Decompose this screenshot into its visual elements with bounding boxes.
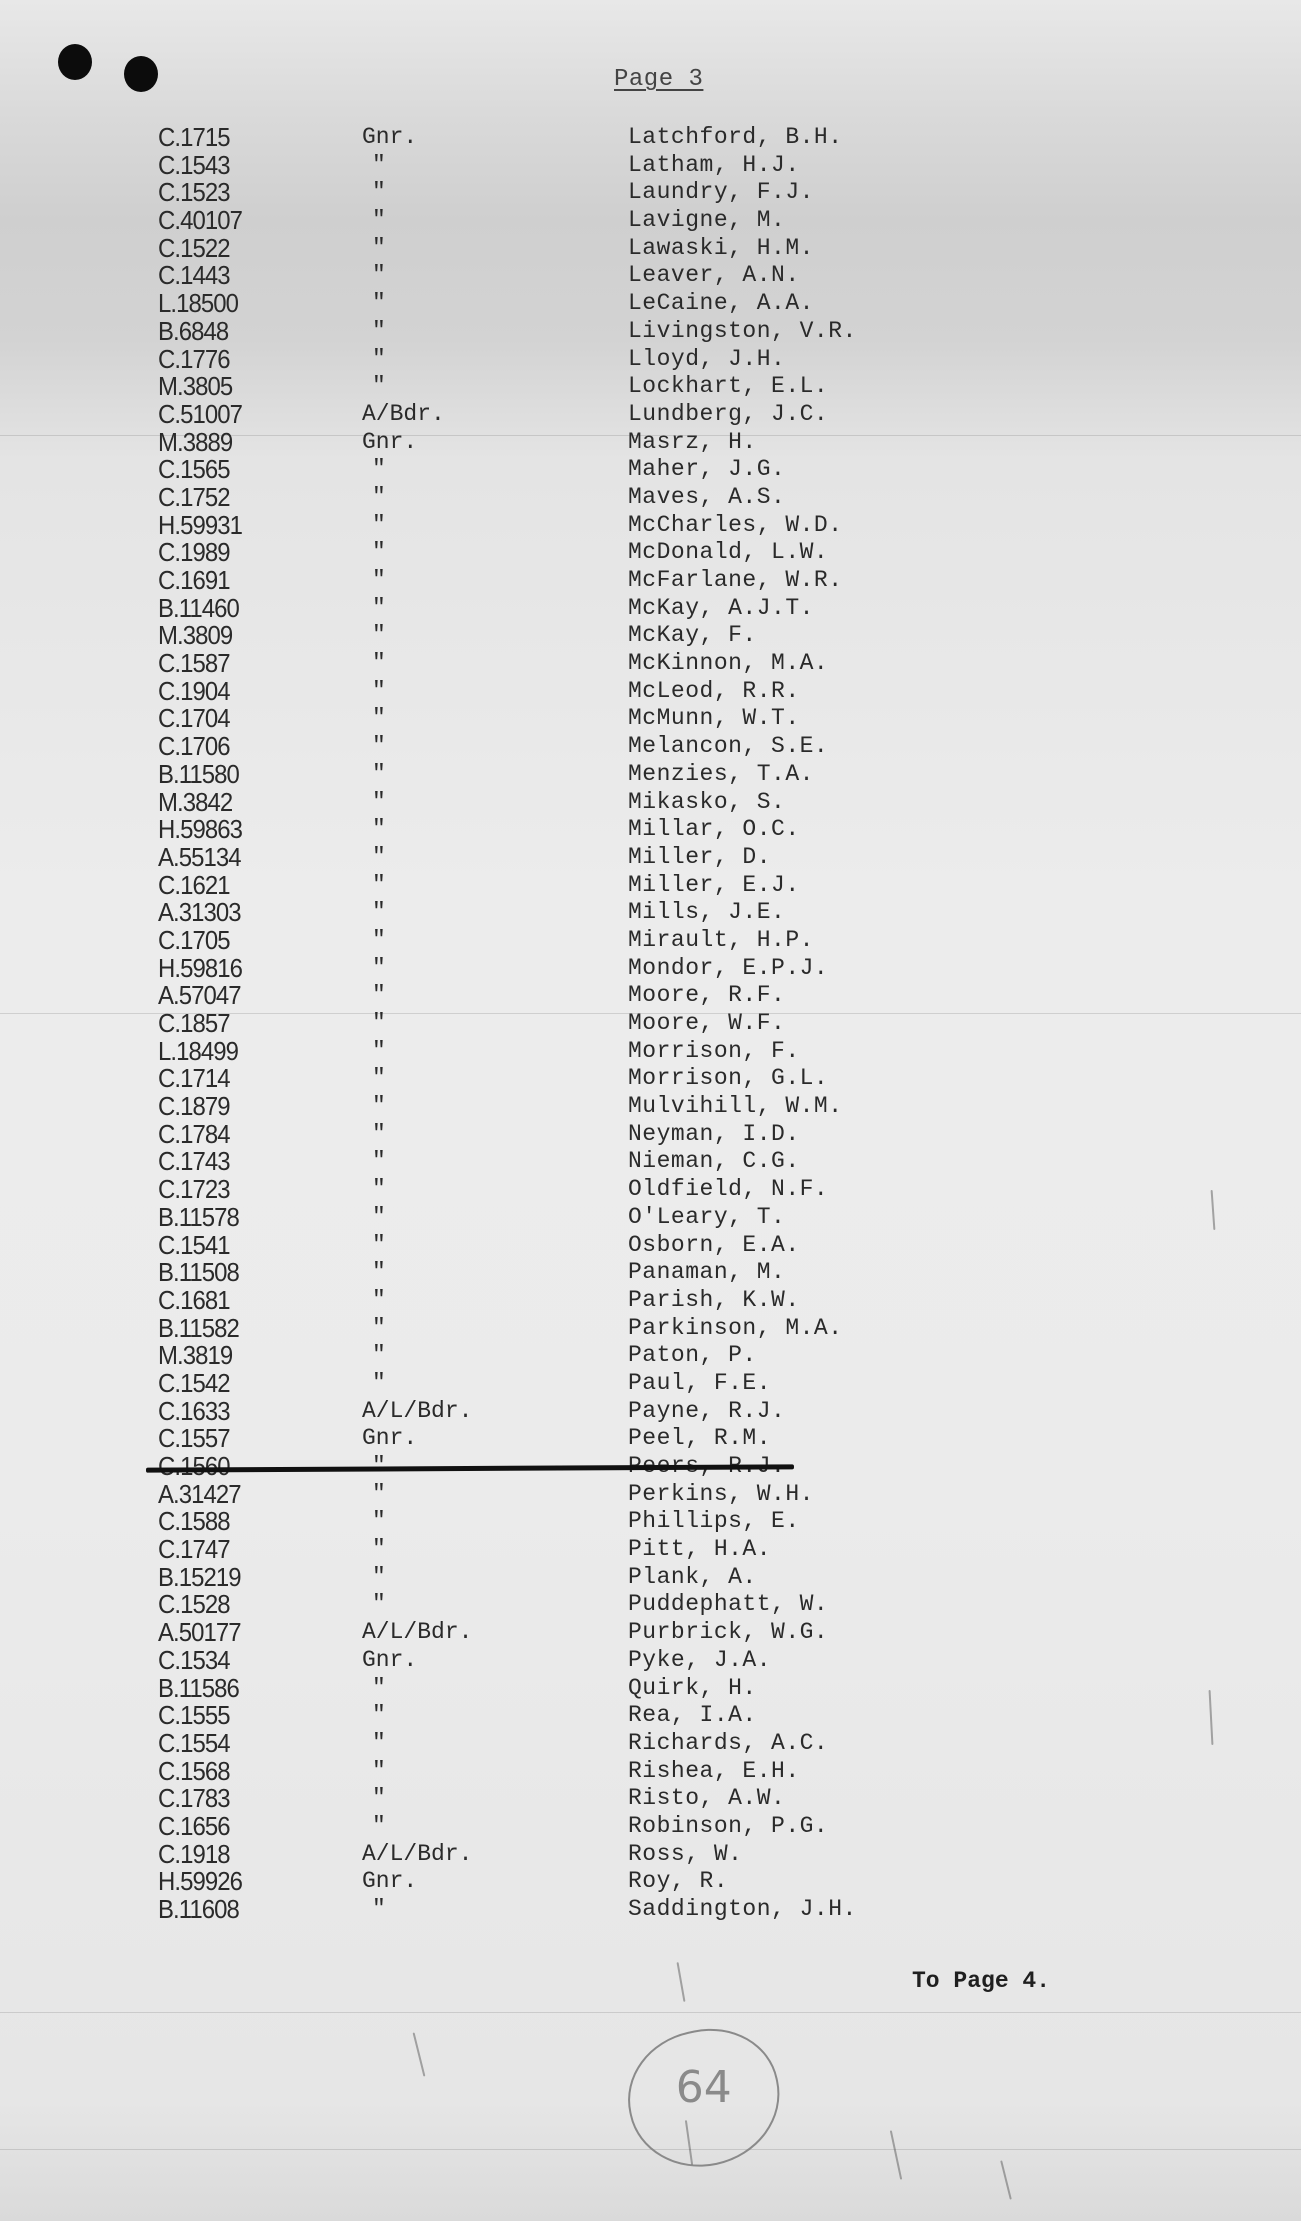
roster-row: H.59816"Mondor, E.P.J. [0,955,1301,983]
rank: " [372,1896,386,1924]
pencil-mark [677,1962,686,2002]
roster-row: C.1918A/L/Bdr.Ross, W. [0,1841,1301,1869]
roster-row: C.1542"Paul, F.E. [0,1370,1301,1398]
rank: " [372,1591,386,1619]
rank: Gnr. [362,124,417,152]
fold-line [0,2012,1301,2013]
roster-row: M.3889Gnr.Masrz, H. [0,429,1301,457]
soldier-name: Lloyd, J.H. [628,346,785,374]
soldier-name: McFarlane, W.R. [628,567,843,595]
soldier-name: Masrz, H. [628,429,757,457]
rank: " [372,622,386,650]
regimental-number: C.1528 [158,1591,230,1619]
rank: A/Bdr. [362,401,445,429]
rank: " [372,290,386,318]
rank: " [372,373,386,401]
soldier-name: Paul, F.E. [628,1370,771,1398]
regimental-number: H.59816 [158,955,242,983]
rank: Gnr. [362,1647,417,1675]
soldier-name: Moore, W.F. [628,1010,785,1038]
regimental-number: C.1633 [158,1398,230,1426]
soldier-name: Lockhart, E.L. [628,373,828,401]
regimental-number: C.1681 [158,1287,230,1315]
roster-row: C.1776"Lloyd, J.H. [0,346,1301,374]
roster-row: C.1528"Puddephatt, W. [0,1591,1301,1619]
roster-row: B.11608"Saddington, J.H. [0,1896,1301,1924]
rank: " [372,1342,386,1370]
rank: " [372,1121,386,1149]
regimental-number: B.11508 [158,1259,239,1287]
regimental-number: C.1621 [158,872,230,900]
regimental-number: B.11608 [158,1896,239,1924]
rank: " [372,705,386,733]
rank: " [372,179,386,207]
soldier-name: Parkinson, M.A. [628,1315,843,1343]
regimental-number: C.1522 [158,235,230,263]
rank: " [372,152,386,180]
rank: " [372,1730,386,1758]
regimental-number: C.1723 [158,1176,230,1204]
soldier-name: Oldfield, N.F. [628,1176,828,1204]
roster-row: C.1783"Risto, A.W. [0,1785,1301,1813]
soldier-name: Panaman, M. [628,1259,785,1287]
continuation-note: To Page 4. [912,1968,1050,1994]
soldier-name: Moore, R.F. [628,982,785,1010]
roster-row: B.11586"Quirk, H. [0,1675,1301,1703]
rank: " [372,872,386,900]
regimental-number: C.1541 [158,1232,230,1260]
regimental-number: L.18499 [158,1038,238,1066]
roster-row: L.18500"LeCaine, A.A. [0,290,1301,318]
soldier-name: McCharles, W.D. [628,512,843,540]
rank: A/L/Bdr. [362,1398,472,1426]
rank: " [372,1315,386,1343]
rank: " [372,678,386,706]
rank: " [372,816,386,844]
soldier-name: Lundberg, J.C. [628,401,828,429]
regimental-number: A.31427 [158,1481,241,1509]
regimental-number: B.11578 [158,1204,239,1232]
rank: " [372,1370,386,1398]
rank: A/L/Bdr. [362,1619,472,1647]
rank: Gnr. [362,429,417,457]
regimental-number: M.3805 [158,373,232,401]
regimental-number: C.1857 [158,1010,230,1038]
roster-row: M.3809"McKay, F. [0,622,1301,650]
roster-row: C.1706"Melancon, S.E. [0,733,1301,761]
roster-row: B.11582"Parkinson, M.A. [0,1315,1301,1343]
rank: " [372,789,386,817]
regimental-number: L.18500 [158,290,238,318]
rank: " [372,955,386,983]
rank: " [372,1675,386,1703]
soldier-name: Mills, J.E. [628,899,785,927]
punch-hole [124,56,158,92]
roster-row: C.1555"Rea, I.A. [0,1702,1301,1730]
roster-row: C.1554"Richards, A.C. [0,1730,1301,1758]
rank: " [372,844,386,872]
soldier-name: Saddington, J.H. [628,1896,857,1924]
roster-row: B.11508"Panaman, M. [0,1259,1301,1287]
regimental-number: C.1565 [158,456,230,484]
soldier-name: Maher, J.G. [628,456,785,484]
soldier-name: Laundry, F.J. [628,179,814,207]
regimental-number: C.1542 [158,1370,230,1398]
roster-row: C.1715Gnr.Latchford, B.H. [0,124,1301,152]
soldier-name: Nieman, C.G. [628,1148,800,1176]
roster-row: C.1705"Mirault, H.P. [0,927,1301,955]
roster-row: C.40107"Lavigne, M. [0,207,1301,235]
roster-row-struck: C.1560"Peers, R.J. [0,1453,1301,1481]
regimental-number: C.1705 [158,927,230,955]
regimental-number: C.1989 [158,539,230,567]
roster-row: C.1743"Nieman, C.G. [0,1148,1301,1176]
soldier-name: Livingston, V.R. [628,318,857,346]
regimental-number: C.1918 [158,1841,230,1869]
soldier-name: Melancon, S.E. [628,733,828,761]
regimental-number: M.3819 [158,1342,232,1370]
rank: " [372,1259,386,1287]
rank: " [372,1758,386,1786]
rank: " [372,1148,386,1176]
soldier-name: Lavigne, M. [628,207,785,235]
regimental-number: H.59926 [158,1868,242,1896]
roster-row: M.3842"Mikasko, S. [0,789,1301,817]
rank: " [372,650,386,678]
regimental-number: C.1715 [158,124,230,152]
regimental-number: C.1568 [158,1758,230,1786]
regimental-number: C.1783 [158,1785,230,1813]
roster-row: M.3819"Paton, P. [0,1342,1301,1370]
regimental-number: H.59863 [158,816,242,844]
regimental-number: C.1747 [158,1536,230,1564]
rank: " [372,1010,386,1038]
soldier-name: Mirault, H.P. [628,927,814,955]
punch-hole [58,44,92,80]
rank: " [372,512,386,540]
roster-row: B.11460"McKay, A.J.T. [0,595,1301,623]
soldier-name: Robinson, P.G. [628,1813,828,1841]
rank: " [372,761,386,789]
soldier-name: Ross, W. [628,1841,742,1869]
rank: " [372,899,386,927]
rank: " [372,1065,386,1093]
soldier-name: Quirk, H. [628,1675,757,1703]
rank: " [372,1481,386,1509]
rank: Gnr. [362,1425,417,1453]
annotation-number: 64 [676,2062,732,2113]
document-page: Page 3 C.1715Gnr.Latchford, B.H.C.1543"L… [0,0,1301,2221]
rank: " [372,1287,386,1315]
roster-row: C.1443"Leaver, A.N. [0,262,1301,290]
roster-row: H.59926Gnr.Roy, R. [0,1868,1301,1896]
regimental-number: C.51007 [158,401,242,429]
roster-row: A.31303"Mills, J.E. [0,899,1301,927]
soldier-name: Rea, I.A. [628,1702,757,1730]
rank: A/L/Bdr. [362,1841,472,1869]
regimental-number: C.1752 [158,484,230,512]
roster-row: B.11578"O'Leary, T. [0,1204,1301,1232]
soldier-name: Leaver, A.N. [628,262,800,290]
roster-row: C.1523"Laundry, F.J. [0,179,1301,207]
soldier-name: Pyke, J.A. [628,1647,771,1675]
rank: " [372,346,386,374]
soldier-name: Latchford, B.H. [628,124,843,152]
roster-row: C.1681"Parish, K.W. [0,1287,1301,1315]
rank: " [372,1038,386,1066]
roster-row: A.50177A/L/Bdr.Purbrick, W.G. [0,1619,1301,1647]
pencil-mark [413,2032,426,2076]
regimental-number: M.3809 [158,622,232,650]
roster-row: H.59931"McCharles, W.D. [0,512,1301,540]
soldier-name: Lawaski, H.M. [628,235,814,263]
roster-row: A.55134"Miller, D. [0,844,1301,872]
rank: " [372,1093,386,1121]
roster-row: C.1543"Latham, H.J. [0,152,1301,180]
roster-row: B.11580"Menzies, T.A. [0,761,1301,789]
regimental-number: C.1587 [158,650,230,678]
soldier-name: Mulvihill, W.M. [628,1093,843,1121]
roster-row: C.1747"Pitt, H.A. [0,1536,1301,1564]
soldier-name: Phillips, E. [628,1508,800,1536]
roster-row: C.1879"Mulvihill, W.M. [0,1093,1301,1121]
soldier-name: Menzies, T.A. [628,761,814,789]
roster-row: C.1541"Osborn, E.A. [0,1232,1301,1260]
rank: " [372,1508,386,1536]
soldier-name: Puddephatt, W. [628,1591,828,1619]
rank: " [372,733,386,761]
soldier-name: Neyman, I.D. [628,1121,800,1149]
roster-row: C.1752"Maves, A.S. [0,484,1301,512]
regimental-number: A.31303 [158,899,241,927]
regimental-number: M.3842 [158,789,232,817]
soldier-name: McKay, A.J.T. [628,595,814,623]
rank: " [372,1702,386,1730]
regimental-number: M.3889 [158,429,232,457]
soldier-name: Purbrick, W.G. [628,1619,828,1647]
rank: " [372,595,386,623]
soldier-name: Miller, D. [628,844,771,872]
roster-row: C.1534Gnr.Pyke, J.A. [0,1647,1301,1675]
roster-row: A.57047"Moore, R.F. [0,982,1301,1010]
roster-row: B.15219"Plank, A. [0,1564,1301,1592]
rank: " [372,1785,386,1813]
regimental-number: B.11586 [158,1675,239,1703]
rank: " [372,1232,386,1260]
rank: " [372,1564,386,1592]
rank: " [372,982,386,1010]
regimental-number: C.1534 [158,1647,230,1675]
soldier-name: Rishea, E.H. [628,1758,800,1786]
soldier-name: Plank, A. [628,1564,757,1592]
soldier-name: McDonald, L.W. [628,539,828,567]
soldier-name: Mondor, E.P.J. [628,955,828,983]
regimental-number: A.57047 [158,982,241,1010]
roster-row: A.31427"Perkins, W.H. [0,1481,1301,1509]
roster-row: C.1568"Rishea, E.H. [0,1758,1301,1786]
regimental-number: C.1784 [158,1121,230,1149]
soldier-name: McKinnon, M.A. [628,650,828,678]
soldier-name: Parish, K.W. [628,1287,800,1315]
roster-row: C.1633A/L/Bdr.Payne, R.J. [0,1398,1301,1426]
regimental-number: B.6848 [158,318,228,346]
soldier-name: Perkins, W.H. [628,1481,814,1509]
rank: " [372,1536,386,1564]
regimental-number: C.1557 [158,1425,230,1453]
roster-list: C.1715Gnr.Latchford, B.H.C.1543"Latham, … [0,124,1301,1924]
soldier-name: Morrison, G.L. [628,1065,828,1093]
roster-row: C.1656"Robinson, P.G. [0,1813,1301,1841]
roster-row: C.1691"McFarlane, W.R. [0,567,1301,595]
regimental-number: C.40107 [158,207,242,235]
soldier-name: McKay, F. [628,622,757,650]
roster-row: H.59863"Millar, O.C. [0,816,1301,844]
soldier-name: Roy, R. [628,1868,728,1896]
rank: " [372,567,386,595]
regimental-number: B.11580 [158,761,239,789]
soldier-name: Richards, A.C. [628,1730,828,1758]
roster-row: C.1714"Morrison, G.L. [0,1065,1301,1093]
roster-row: M.3805"Lockhart, E.L. [0,373,1301,401]
regimental-number: C.1704 [158,705,230,733]
regimental-number: C.1743 [158,1148,230,1176]
regimental-number: B.11460 [158,595,239,623]
soldier-name: McMunn, W.T. [628,705,800,733]
rank: " [372,235,386,263]
roster-row: C.1904"McLeod, R.R. [0,678,1301,706]
regimental-number: C.1691 [158,567,230,595]
soldier-name: Mikasko, S. [628,789,785,817]
soldier-name: Payne, R.J. [628,1398,785,1426]
regimental-number: B.11582 [158,1315,239,1343]
soldier-name: LeCaine, A.A. [628,290,814,318]
soldier-name: Osborn, E.A. [628,1232,800,1260]
pencil-mark [890,2130,902,2179]
rank: " [372,318,386,346]
regimental-number: C.1656 [158,1813,230,1841]
roster-row: C.1857"Moore, W.F. [0,1010,1301,1038]
regimental-number: C.1555 [158,1702,230,1730]
soldier-name: Maves, A.S. [628,484,785,512]
soldier-name: Paton, P. [628,1342,757,1370]
roster-row: C.1784"Neyman, I.D. [0,1121,1301,1149]
regimental-number: C.1543 [158,152,230,180]
regimental-number: C.1904 [158,678,230,706]
soldier-name: O'Leary, T. [628,1204,785,1232]
rank: Gnr. [362,1868,417,1896]
regimental-number: C.1879 [158,1093,230,1121]
soldier-name: Risto, A.W. [628,1785,785,1813]
roster-row: L.18499"Morrison, F. [0,1038,1301,1066]
regimental-number: C.1554 [158,1730,230,1758]
regimental-number: C.1714 [158,1065,230,1093]
roster-row: C.1588"Phillips, E. [0,1508,1301,1536]
roster-row: B.6848"Livingston, V.R. [0,318,1301,346]
roster-row: C.1587"McKinnon, M.A. [0,650,1301,678]
roster-row: C.1621"Miller, E.J. [0,872,1301,900]
roster-row: C.1723"Oldfield, N.F. [0,1176,1301,1204]
soldier-name: Miller, E.J. [628,872,800,900]
rank: " [372,1176,386,1204]
regimental-number: C.1443 [158,262,230,290]
roster-row: C.1989"McDonald, L.W. [0,539,1301,567]
roster-row: C.1557Gnr.Peel, R.M. [0,1425,1301,1453]
regimental-number: H.59931 [158,512,242,540]
regimental-number: A.50177 [158,1619,241,1647]
circled-page-annotation: 64 [616,2016,793,2181]
rank: " [372,207,386,235]
soldier-name: Millar, O.C. [628,816,800,844]
rank: " [372,262,386,290]
rank: " [372,539,386,567]
rank: " [372,1813,386,1841]
regimental-number: C.1523 [158,179,230,207]
soldier-name: McLeod, R.R. [628,678,800,706]
regimental-number: C.1776 [158,346,230,374]
soldier-name: Morrison, F. [628,1038,800,1066]
regimental-number: C.1588 [158,1508,230,1536]
roster-row: C.1522"Lawaski, H.M. [0,235,1301,263]
roster-row: C.51007A/Bdr.Lundberg, J.C. [0,401,1301,429]
regimental-number: C.1706 [158,733,230,761]
soldier-name: Latham, H.J. [628,152,800,180]
rank: " [372,1204,386,1232]
rank: " [372,484,386,512]
page-header: Page 3 [614,66,703,93]
rank: " [372,927,386,955]
roster-row: C.1565"Maher, J.G. [0,456,1301,484]
roster-row: C.1704"McMunn, W.T. [0,705,1301,733]
pencil-mark [1000,2160,1012,2199]
regimental-number: B.15219 [158,1564,241,1592]
soldier-name: Peel, R.M. [628,1425,771,1453]
rank: " [372,456,386,484]
regimental-number: A.55134 [158,844,241,872]
soldier-name: Pitt, H.A. [628,1536,771,1564]
